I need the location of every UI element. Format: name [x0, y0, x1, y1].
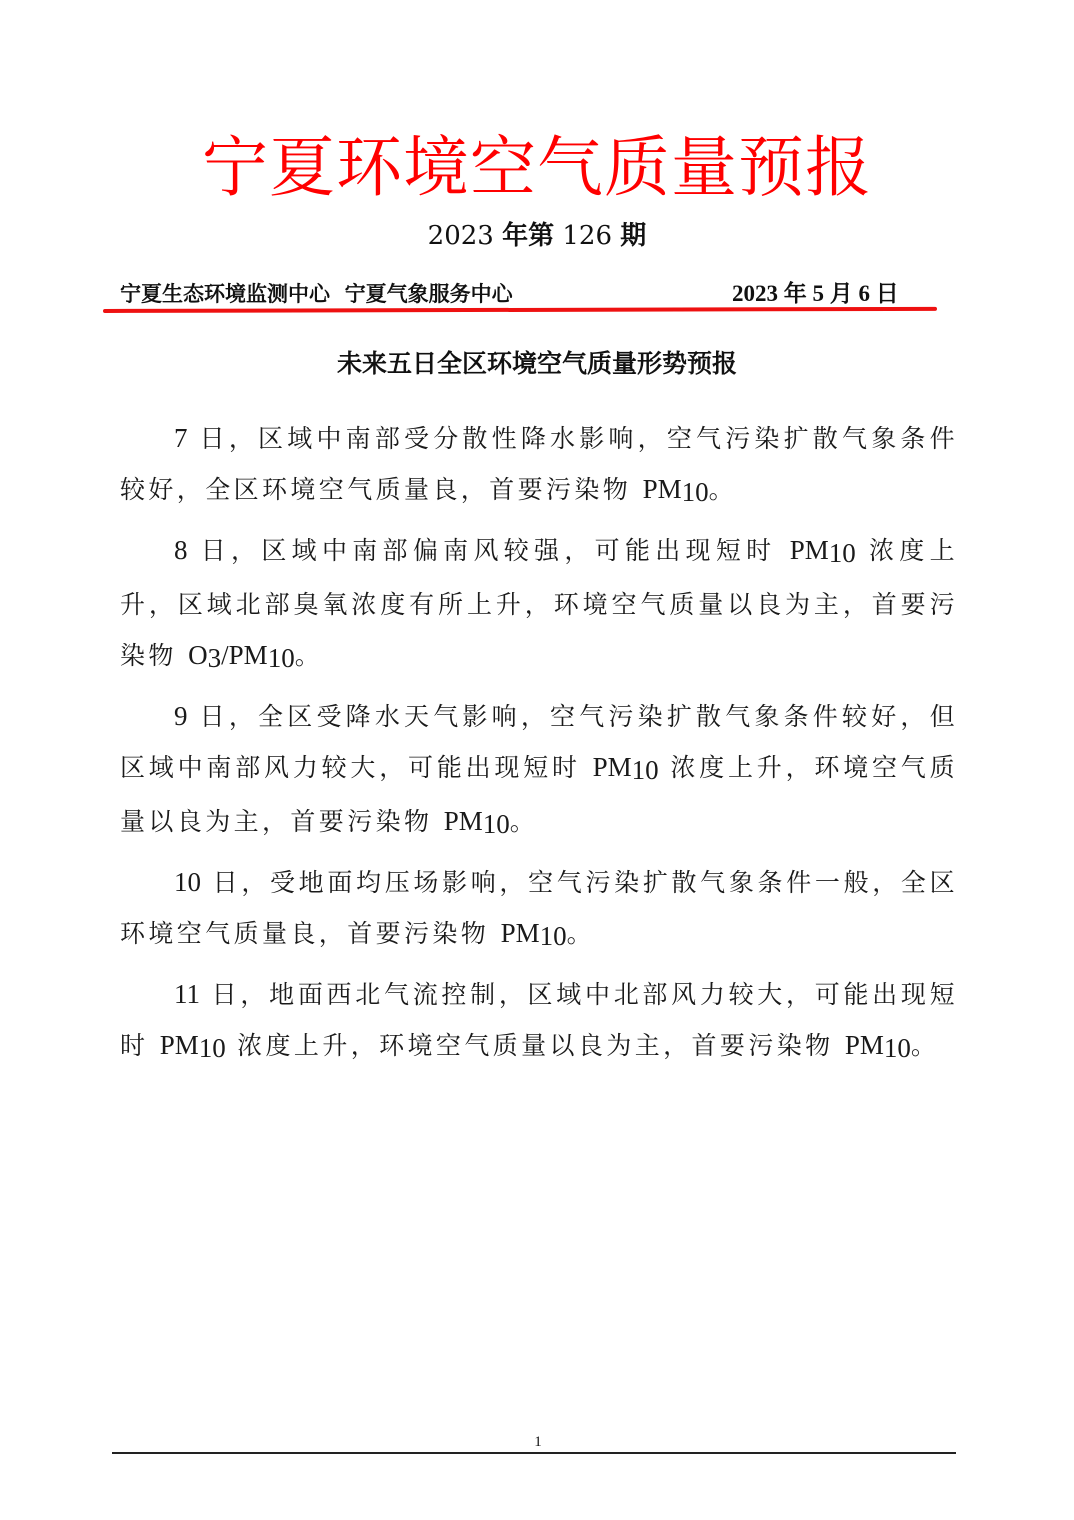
text: 。	[709, 475, 737, 504]
subscript: 10	[632, 755, 659, 785]
subscript: 10	[483, 809, 510, 839]
subscript: 10	[884, 1033, 911, 1063]
pollutant: O	[188, 640, 208, 670]
text: 。	[567, 919, 595, 948]
text: 浓度上升，环境空气质量以良为主，首要污染物	[226, 1031, 845, 1060]
text: 日，区域中南部受分散性降水影响，空气污染扩散气象条件较好，全区环境空气质量良，首…	[120, 424, 958, 504]
subscript: 10	[829, 538, 856, 568]
pollutant: PM	[593, 752, 632, 782]
forecast-paragraph-day-7: 7 日，区域中南部受分散性降水影响，空气污染扩散气象条件较好，全区环境空气质量良…	[120, 413, 958, 518]
subscript: 3	[208, 643, 222, 673]
day-label: 9	[174, 701, 188, 731]
section-title: 未来五日全区环境空气质量形势预报	[0, 344, 1074, 384]
subscript: 10	[268, 643, 295, 673]
issue-year-suffix: 年第	[502, 221, 554, 251]
pollutant: PM	[790, 535, 829, 565]
pollutant: /PM	[221, 640, 268, 670]
day-label: 7	[174, 423, 188, 453]
footer-rule	[112, 1452, 956, 1454]
issue-number: 2023 年第 126 期	[0, 218, 1074, 254]
day-label: 8	[174, 535, 188, 565]
pollutant: PM	[643, 474, 682, 504]
pollutant: PM	[444, 806, 483, 836]
issue-no: 126	[562, 221, 612, 251]
forecast-body: 7 日，区域中南部受分散性降水影响，空气污染扩散气象条件较好，全区环境空气质量良…	[120, 413, 958, 1081]
subscript: 10	[540, 921, 567, 951]
publish-date: 2023 年 5 月 6 日	[732, 278, 899, 310]
subscript: 10	[199, 1033, 226, 1063]
pollutant: PM	[845, 1030, 884, 1060]
text: 。	[510, 807, 538, 836]
publishers: 宁夏生态环境监测中心 宁夏气象服务中心	[120, 278, 513, 310]
day-label: 10	[174, 867, 201, 897]
page-number: 1	[528, 1432, 548, 1452]
day-label: 11	[174, 979, 200, 1009]
subscript: 10	[682, 477, 709, 507]
forecast-paragraph-day-8: 8 日，区域中南部偏南风较强，可能出现短时 PM10 浓度上升，区域北部臭氧浓度…	[120, 525, 958, 684]
forecast-paragraph-day-11: 11 日，地面西北气流控制，区域中北部风力较大，可能出现短时 PM10 浓度上升…	[120, 969, 958, 1074]
forecast-paragraph-day-10: 10 日，受地面均压场影响，空气污染扩散气象条件一般，全区环境空气质量良，首要污…	[120, 857, 958, 962]
publisher-row: 宁夏生态环境监测中心 宁夏气象服务中心 2023 年 5 月 6 日	[120, 278, 920, 310]
text: 。	[911, 1031, 939, 1060]
text: 日，区域中南部偏南风较强，可能出现短时	[201, 536, 790, 565]
issue-no-suffix: 期	[620, 221, 646, 251]
red-header-rule	[103, 307, 937, 313]
forecast-paragraph-day-9: 9 日，全区受降水天气影响，空气污染扩散气象条件较好，但区域中南部风力较大，可能…	[120, 691, 958, 850]
text: 。	[295, 641, 323, 670]
pollutant: PM	[501, 918, 540, 948]
masthead-title: 宁夏环境空气质量预报	[0, 128, 1074, 208]
issue-year: 2023	[428, 221, 494, 251]
pollutant: PM	[160, 1030, 199, 1060]
